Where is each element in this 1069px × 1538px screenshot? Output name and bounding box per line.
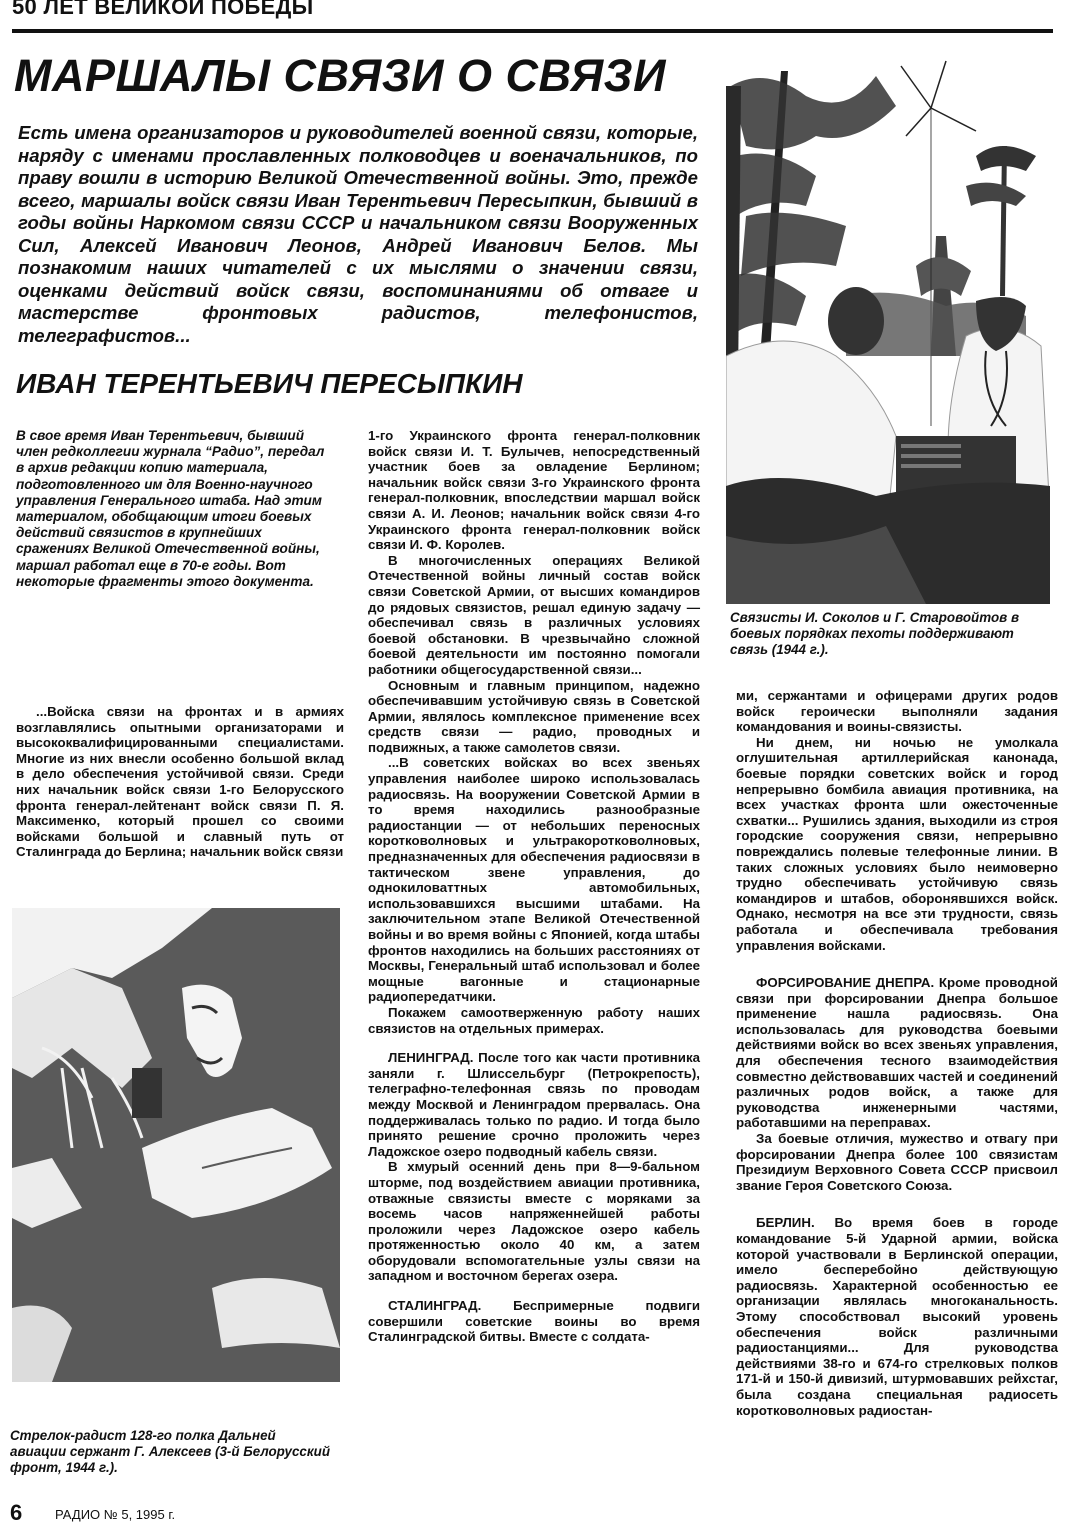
paragraph: За боевые отличия, мужество и отвагу при… xyxy=(736,1131,1058,1193)
header-rule xyxy=(12,29,1053,33)
photo-signalmen-image xyxy=(726,56,1050,604)
paragraph: В хмурый осенний день при 8—9-бальном шт… xyxy=(368,1159,700,1284)
paragraph: Ни днем, ни ночью не умолкала оглушитель… xyxy=(736,735,1058,953)
paragraph: ми, сержантами и офицерами других родов … xyxy=(736,688,1058,735)
column-2: 1-го Украинского фронта генерал-полковни… xyxy=(368,428,700,1345)
column-1: ...Войска связи на фронтах и в армиях во… xyxy=(16,704,344,860)
paragraph-berlin: БЕРЛИН. Во время боев в городе командова… xyxy=(736,1215,1058,1418)
paragraph-stalingrad: СТАЛИНГРАД. Беспримерные подвиги соверши… xyxy=(368,1298,700,1345)
intro-paragraph: В свое время Иван Терентьевич, бывший чл… xyxy=(16,428,326,590)
photo-caption-radio-gunner: Стрелок-радист 128-го полка Дальней авиа… xyxy=(10,1428,330,1476)
page-number: 6 xyxy=(10,1500,22,1526)
photo-radio-gunner xyxy=(12,908,340,1382)
publication-info: РАДИО № 5, 1995 г. xyxy=(55,1507,175,1522)
article-title: МАРШАЛЫ СВЯЗИ О СВЯЗИ xyxy=(14,50,666,102)
section-subhead: ИВАН ТЕРЕНТЬЕВИЧ ПЕРЕСЫПКИН xyxy=(16,368,523,400)
paragraph: 1-го Украинского фронта генерал-полковни… xyxy=(368,428,700,553)
column-3: ми, сержантами и офицерами других родов … xyxy=(736,688,1058,1418)
paragraph: Покажем самоотверженную работу наших свя… xyxy=(368,1005,700,1036)
photo-caption-signalmen: Связисты И. Соколов и Г. Старовойтов в б… xyxy=(730,610,1050,658)
photo-radio-gunner-image xyxy=(12,908,340,1382)
paragraph: Основным и главным принципом, надежно об… xyxy=(368,678,700,756)
paragraph: ...В советских войсках во всех звеньях у… xyxy=(368,755,700,1005)
section-rubric: 50 ЛЕТ ВЕЛИКОЙ ПОБЕДЫ xyxy=(12,0,313,20)
paragraph: ...Войска связи на фронтах и в армиях во… xyxy=(16,704,344,860)
article-lead: Есть имена организаторов и руководителей… xyxy=(18,122,698,347)
paragraph-dnieper: ФОРСИРОВАНИЕ ДНЕПРА. Кроме проводной свя… xyxy=(736,975,1058,1131)
intro-text: В свое время Иван Терентьевич, бывший чл… xyxy=(16,428,326,590)
paragraph-leningrad: ЛЕНИНГРАД. После того как части противни… xyxy=(368,1050,700,1159)
paragraph: В многочисленных операциях Великой Отече… xyxy=(368,553,700,678)
photo-signalmen xyxy=(726,56,1050,604)
